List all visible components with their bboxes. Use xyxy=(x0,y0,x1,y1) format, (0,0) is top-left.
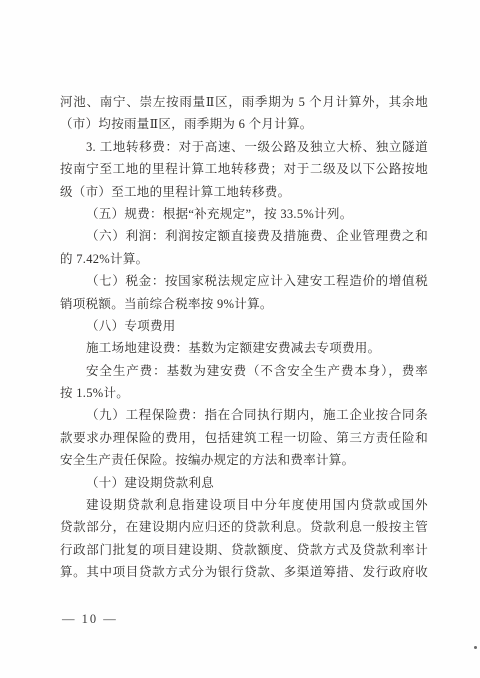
document-line: （八）专项费用 xyxy=(60,315,428,337)
document-line: 安全生产责任保险。按编办规定的方法和费率计算。 xyxy=(60,449,428,471)
document-line: 按南宁至工地的里程计算工地转移费；对于二级及以下公路按地 xyxy=(60,158,428,180)
document-line: （十）建设期贷款利息 xyxy=(60,472,428,494)
document-line: （七）税金：按国家税法规定应计入建安工程造价的增值税 xyxy=(60,270,428,292)
document-line: （五）规费：根据“补充规定”，按 33.5%计列。 xyxy=(60,203,428,225)
document-line: （市）均按雨量Ⅱ区，雨季期为 6 个月计算。 xyxy=(60,113,428,135)
document-line: 销项税额。当前综合税率按 9%计算。 xyxy=(60,293,428,315)
scan-artifact-speck xyxy=(474,646,477,649)
document-line: 安全生产费：基数为建安费（不含安全生产费本身），费率 xyxy=(60,360,428,382)
scanned-document-page: 河池、南宁、崇左按雨量Ⅱ区，雨季期为 5 个月计算外，其余地 （市）均按雨量Ⅱ区… xyxy=(0,0,480,678)
document-line: （六）利润：利润按定额直接费及措施费、企业管理费之和 xyxy=(60,225,428,247)
document-body: 河池、南宁、崇左按雨量Ⅱ区，雨季期为 5 个月计算外，其余地 （市）均按雨量Ⅱ区… xyxy=(60,91,428,584)
document-line: （九）工程保险费：指在合同执行期内，施工企业按合同条 xyxy=(60,404,428,426)
document-line: 款要求办理保险的费用，包括建筑工程一切险、第三方责任险和 xyxy=(60,427,428,449)
document-line: 算。其中项目贷款方式分为银行贷款、多渠道筹措、发行政府收 xyxy=(60,561,428,583)
document-line: 3. 工地转移费：对于高速、一级公路及独立大桥、独立隧道 xyxy=(60,136,428,158)
document-line: 河池、南宁、崇左按雨量Ⅱ区，雨季期为 5 个月计算外，其余地 xyxy=(60,91,428,113)
document-line: 施工场地建设费：基数为定额建安费减去专项费用。 xyxy=(60,337,428,359)
document-line: 建设期贷款利息指建设项目中分年度使用国内贷款或国外 xyxy=(60,494,428,516)
document-line: 级（市）至工地的里程计算工地转移费。 xyxy=(60,181,428,203)
document-line: 行政部门批复的项目建设期、贷款额度、贷款方式及贷款利率计 xyxy=(60,539,428,561)
page-number: — 10 — xyxy=(62,612,118,627)
document-line: 的 7.42%计算。 xyxy=(60,248,428,270)
document-line: 按 1.5%计。 xyxy=(60,382,428,404)
document-line: 贷款部分，在建设期内应归还的贷款利息。贷款利息一般按主管 xyxy=(60,516,428,538)
